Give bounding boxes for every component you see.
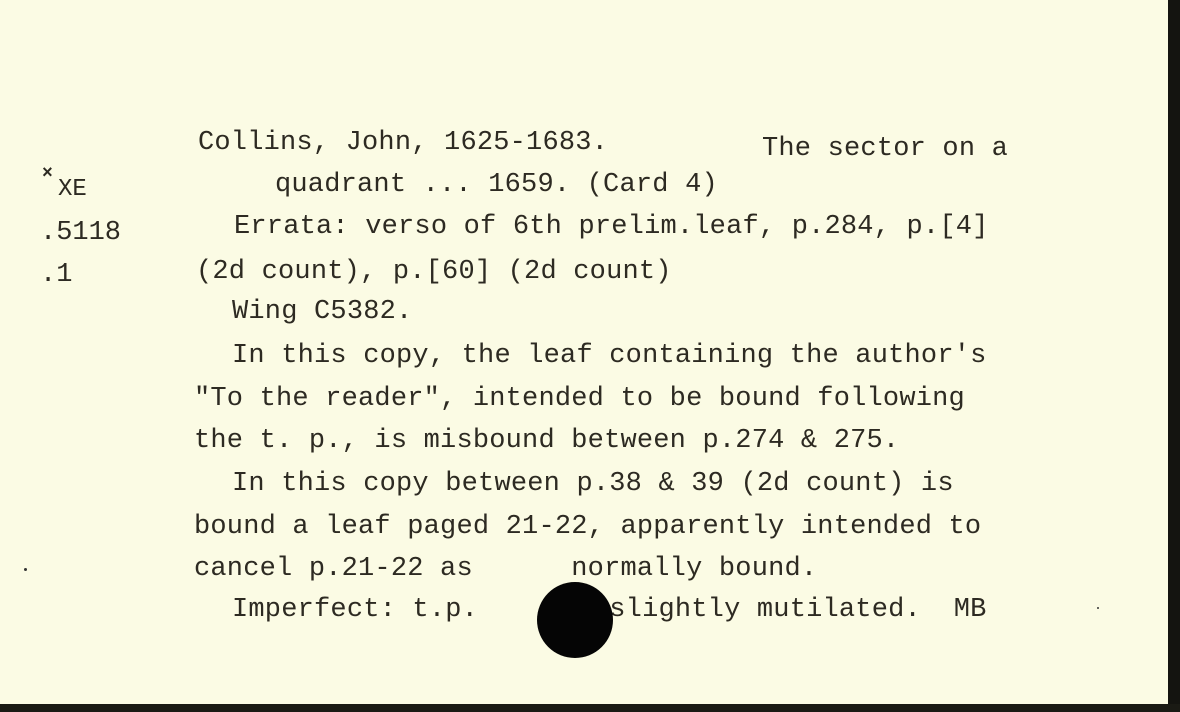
title-line-2: quadrant ... 1659. (Card 4) — [275, 172, 718, 199]
card-edge-bottom — [0, 704, 1180, 712]
note-copy-2-cont-1: bound a leaf paged 21-22, apparently int… — [194, 514, 981, 541]
card-edge-right — [1168, 0, 1180, 712]
note-copy-1-cont-2: the t. p., is misbound between p.274 & 2… — [194, 428, 899, 455]
catalog-card: × XE .5118 .1 Collins, John, 1625-1683. … — [0, 0, 1168, 704]
note-copy-1: In this copy, the leaf containing the au… — [232, 343, 987, 370]
speck — [1097, 607, 1099, 609]
note-copy-1-cont-1: "To the reader", intended to be bound fo… — [194, 386, 965, 413]
author-heading: Collins, John, 1625-1683. — [198, 130, 608, 157]
call-number-marker: × — [42, 164, 53, 184]
note-errata: Errata: verso of 6th prelim.leaf, p.284,… — [234, 214, 989, 241]
call-number-line-3: .1 — [40, 262, 72, 289]
speck — [24, 568, 27, 571]
note-copy-2-cont-2: cancel p.21-22 as normally bound. — [194, 556, 817, 583]
call-number-line-2: .5118 — [40, 220, 121, 247]
note-errata-cont: (2d count), p.[60] (2d count) — [196, 259, 672, 286]
call-number-line-1: XE — [58, 178, 87, 202]
punch-hole — [537, 582, 613, 658]
note-copy-2: In this copy between p.38 & 39 (2d count… — [232, 471, 954, 498]
title-line-1: The sector on a — [762, 136, 1008, 163]
note-wing: Wing C5382. — [232, 299, 412, 326]
